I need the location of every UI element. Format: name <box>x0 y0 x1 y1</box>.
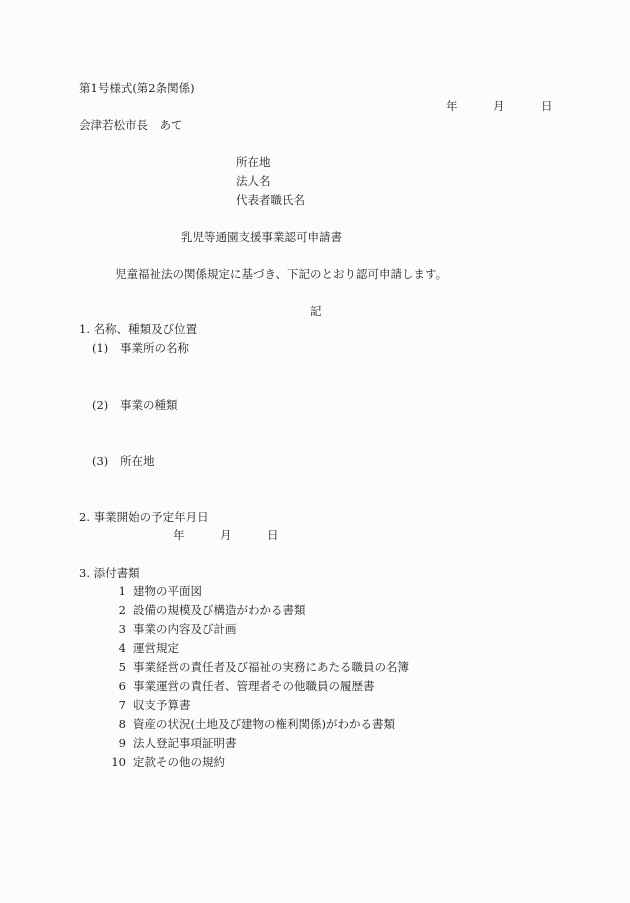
subitem-2-label: 事業の種類 <box>120 398 178 412</box>
list-item-text: 運営規定 <box>133 641 179 655</box>
list-item-text: 事業運営の責任者、管理者その他職員の履歴書 <box>133 679 375 693</box>
subitem-3-label: 所在地 <box>120 454 155 468</box>
list-item-text: 建物の平面図 <box>133 584 202 598</box>
list-item-number: 9 <box>110 736 126 750</box>
form-number: 第1号様式(第2条関係) <box>79 81 195 95</box>
list-item-text: 事業の内容及び計画 <box>133 622 237 636</box>
list-item-number: 10 <box>110 755 126 769</box>
list-item-number: 6 <box>110 679 126 693</box>
date-month: 月 <box>493 99 505 113</box>
list-item-text: 収支予算書 <box>133 698 191 712</box>
section-3-heading: 3. 添付書類 <box>79 566 140 580</box>
addressee: 会津若松市長 あて <box>79 118 183 132</box>
list-item-number: 1 <box>110 584 126 598</box>
body-text: 児童福祉法の関係規定に基づき、下記のとおり認可申請します。 <box>115 267 447 281</box>
representative-label: 代表者職氏名 <box>236 193 305 207</box>
start-date-month: 月 <box>220 528 232 542</box>
list-item-number: 2 <box>110 603 126 617</box>
list-item-text: 定款その他の規約 <box>133 755 225 769</box>
list-item-text: 法人登記事項証明書 <box>133 736 237 750</box>
list-item-number: 8 <box>110 717 126 731</box>
section-1-heading: 1. 名称、種類及び位置 <box>79 322 197 336</box>
list-item-text: 設備の規模及び構造がわかる書類 <box>133 603 306 617</box>
start-date-day: 日 <box>267 528 279 542</box>
corporation-name-label: 法人名 <box>236 174 271 188</box>
address-label: 所在地 <box>236 155 271 169</box>
list-item-text: 資産の状況(土地及び建物の権利関係)がわかる書類 <box>133 717 395 731</box>
list-item-number: 7 <box>110 698 126 712</box>
section-2-heading: 2. 事業開始の予定年月日 <box>79 510 209 524</box>
ki-marker: 記 <box>310 304 322 318</box>
list-item-number: 3 <box>110 622 126 636</box>
list-item-text: 事業経営の責任者及び福祉の実務にあたる職員の名簿 <box>133 660 409 674</box>
date-day: 日 <box>541 99 553 113</box>
list-item-number: 5 <box>110 660 126 674</box>
subitem-2-number: (2) <box>92 398 108 412</box>
start-date-year: 年 <box>173 528 185 542</box>
subitem-1-number: (1) <box>92 341 108 355</box>
document-title: 乳児等通園支援事業認可申請書 <box>181 230 342 244</box>
subitem-3-number: (3) <box>92 454 108 468</box>
list-item-number: 4 <box>110 641 126 655</box>
subitem-1-label: 事業所の名称 <box>120 341 189 355</box>
date-year: 年 <box>446 99 458 113</box>
